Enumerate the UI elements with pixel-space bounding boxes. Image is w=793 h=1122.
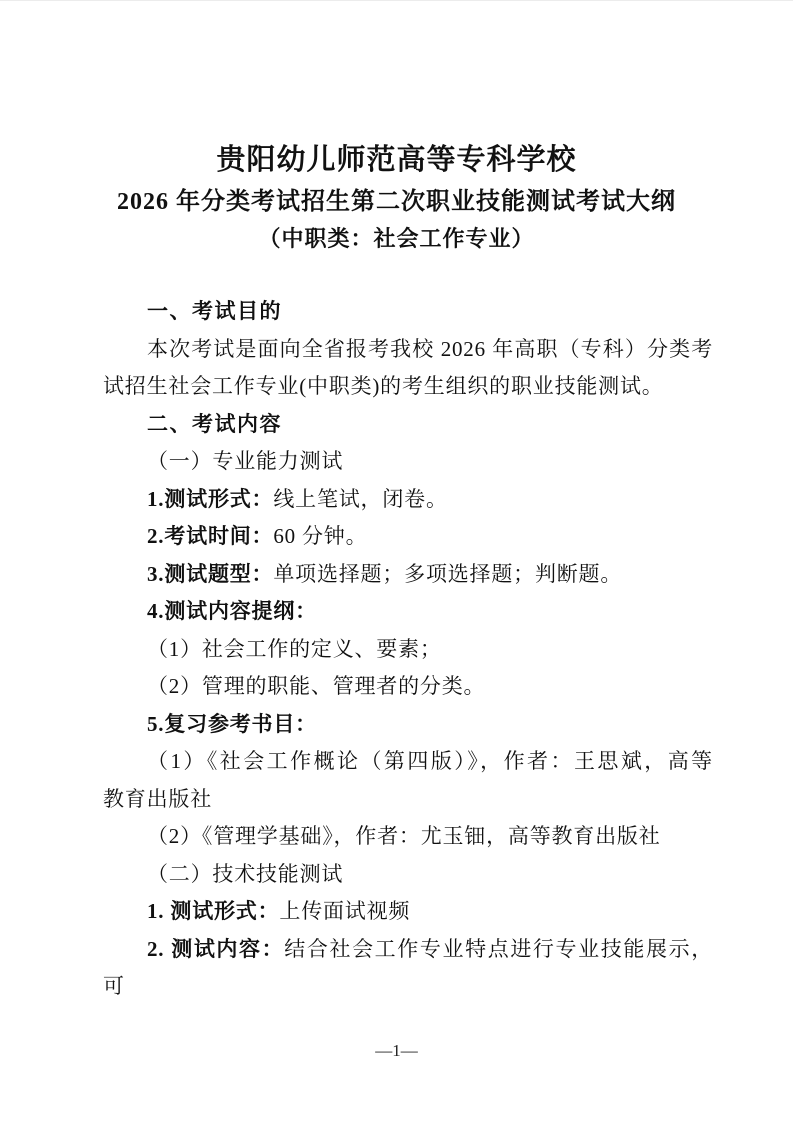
list-item: 1.测试形式：线上笔试，闭卷。 (103, 481, 713, 519)
list-item: 4.测试内容提纲： (103, 593, 713, 631)
subsection-heading: （一）专业能力测试 (103, 443, 713, 481)
list-item-text: 单项选择题；多项选择题；判断题。 (273, 562, 622, 586)
document-body: 一、考试目的 本次考试是面向全省报考我校 2026 年高职（专科）分类考 试招生… (103, 293, 713, 1006)
list-item-text: 60 分钟。 (273, 524, 367, 548)
paragraph-line: 本次考试是面向全省报考我校 2026 年高职（专科）分类考 (103, 331, 713, 369)
list-item-label: 2.考试时间： (147, 524, 273, 548)
reference-line: （2）《管理学基础》，作者：尤玉钿，高等教育出版社 (103, 818, 713, 856)
list-subitem: （2）管理的职能、管理者的分类。 (103, 668, 713, 706)
list-item-text: 线上笔试，闭卷。 (273, 487, 447, 511)
list-item: 5.复习参考书目： (103, 706, 713, 744)
section-heading: 一、考试目的 (103, 293, 713, 331)
list-item-label: 1. 测试形式： (147, 899, 279, 923)
list-item-label: 5.复习参考书目： (147, 712, 317, 736)
list-item: 1. 测试形式：上传面试视频 (103, 893, 713, 931)
page-number: —1— (0, 1039, 793, 1063)
list-item-text: 上传面试视频 (279, 899, 410, 923)
title-block: 贵阳幼儿师范高等专科学校 2026 年分类考试招生第二次职业技能测试考试大纲 （… (0, 1, 793, 252)
list-item-label: 4.测试内容提纲： (147, 599, 317, 623)
document-subtitle: 2026 年分类考试招生第二次职业技能测试考试大纲 (0, 187, 793, 217)
document-category-line: （中职类：社会工作专业） (0, 225, 793, 252)
section-heading: 二、考试内容 (103, 406, 713, 444)
list-item-label: 3.测试题型： (147, 562, 273, 586)
list-item: 3.测试题型：单项选择题；多项选择题；判断题。 (103, 556, 713, 594)
list-subitem: （1）社会工作的定义、要素； (103, 631, 713, 669)
reference-line: 教育出版社 (103, 781, 713, 819)
list-item: 2. 测试内容：结合社会工作专业特点进行专业技能展示，可 (103, 931, 713, 1006)
list-item-label: 2. 测试内容： (147, 937, 284, 961)
document-title: 贵阳幼儿师范高等专科学校 (0, 142, 793, 178)
list-item: 2.考试时间：60 分钟。 (103, 518, 713, 556)
subsection-heading: （二）技术技能测试 (103, 856, 713, 894)
reference-line: （1）《社会工作概论（第四版）》，作者：王思斌，高等 (103, 743, 713, 781)
list-item-label: 1.测试形式： (147, 487, 273, 511)
paragraph-line: 试招生社会工作专业(中职类)的考生组织的职业技能测试。 (103, 368, 713, 406)
document-page: 贵阳幼儿师范高等专科学校 2026 年分类考试招生第二次职业技能测试考试大纲 （… (0, 0, 793, 1122)
